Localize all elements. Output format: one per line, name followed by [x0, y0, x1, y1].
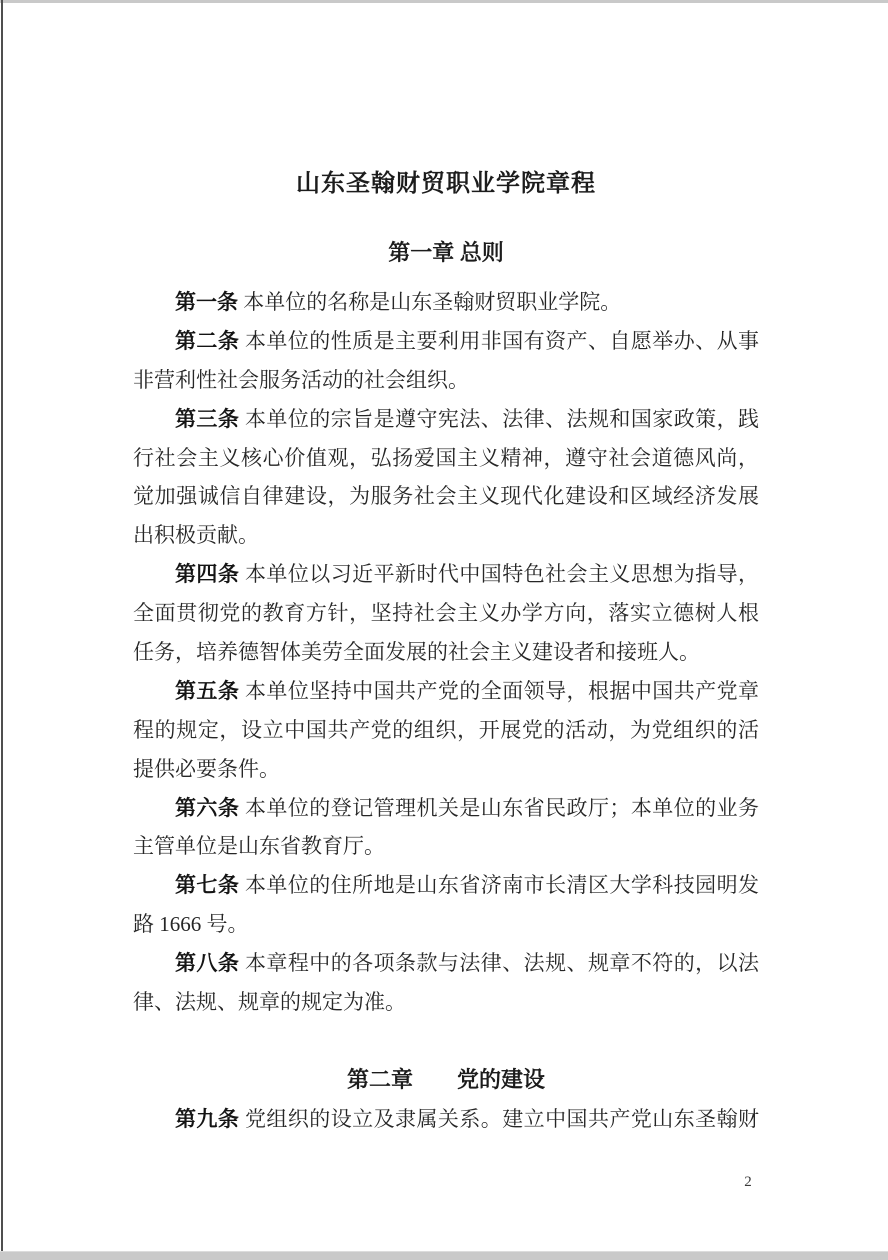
document-line: 律、法规、规章的规定为准。 [133, 983, 759, 1022]
document-line: 第六条 本单位的登记管理机关是山东省民政厅；本单位的业务 [133, 789, 759, 828]
article-label: 第三条 [175, 407, 239, 431]
document-line: 非营利性社会服务活动的社会组织。 [133, 361, 759, 400]
document-line: 第三条 本单位的宗旨是遵守宪法、法律、法规和国家政策，践 [133, 400, 759, 439]
document-line: 第二条 本单位的性质是主要利用非国有资产、自愿举办、从事 [133, 322, 759, 361]
document-line: 任务，培养德智体美劳全面发展的社会主义建设者和接班人。 [133, 633, 759, 672]
document-line: 第九条 党组织的设立及隶属关系。建立中国共产党山东圣翰财 [133, 1100, 759, 1139]
document-line: 第五条 本单位坚持中国共产党的全面领导，根据中国共产党章 [133, 672, 759, 711]
chapter-heading: 第一章 总则 [133, 239, 759, 267]
document-line: 第八条 本章程中的各项条款与法律、法规、规章不符的，以法 [133, 944, 759, 983]
document-line: 第一条 本单位的名称是山东圣翰财贸职业学院。 [133, 283, 759, 322]
document-line: 程的规定，设立中国共产党的组织，开展党的活动，为党组织的活动 [133, 711, 759, 750]
article-label: 第五条 [175, 679, 239, 703]
document-line: 路 1666 号。 [133, 905, 759, 944]
scan-edge-bottom [0, 1251, 888, 1260]
document-line: 主管单位是山东省教育厅。 [133, 827, 759, 866]
scan-edge-left [1, 0, 3, 1260]
document-line: 行社会主义核心价值观，弘扬爱国主义精神，遵守社会道德风尚，自 [133, 439, 759, 478]
article-label: 第九条 [175, 1107, 239, 1131]
article-label: 第四条 [175, 562, 239, 586]
document-line: 第七条 本单位的住所地是山东省济南市长清区大学科技园明发 [133, 866, 759, 905]
chapter-heading: 第二章 党的建设 [133, 1061, 759, 1100]
document-line: 出积极贡献。 [133, 516, 759, 555]
article-label: 第六条 [175, 796, 239, 820]
scanned-document-page: 山东圣翰财贸职业学院章程 第一章 总则 第一条 本单位的名称是山东圣翰财贸职业学… [0, 0, 888, 1260]
blank-line [133, 1022, 759, 1061]
article-label: 第一条 [175, 290, 238, 314]
scan-edge-top [0, 0, 888, 3]
page-number: 2 [735, 1172, 761, 1192]
document-line: 提供必要条件。 [133, 750, 759, 789]
document-line: 全面贯彻党的教育方针，坚持社会主义办学方向，落实立德树人根本 [133, 594, 759, 633]
document-title: 山东圣翰财贸职业学院章程 [133, 168, 759, 200]
article-label: 第二条 [175, 329, 239, 353]
article-label: 第七条 [175, 873, 239, 897]
document-body: 第一条 本单位的名称是山东圣翰财贸职业学院。第二条 本单位的性质是主要利用非国有… [133, 283, 759, 1139]
article-label: 第八条 [175, 951, 239, 975]
document-line: 觉加强诚信自律建设，为服务社会主义现代化建设和区域经济发展做 [133, 477, 759, 516]
document-line: 第四条 本单位以习近平新时代中国特色社会主义思想为指导， [133, 555, 759, 594]
